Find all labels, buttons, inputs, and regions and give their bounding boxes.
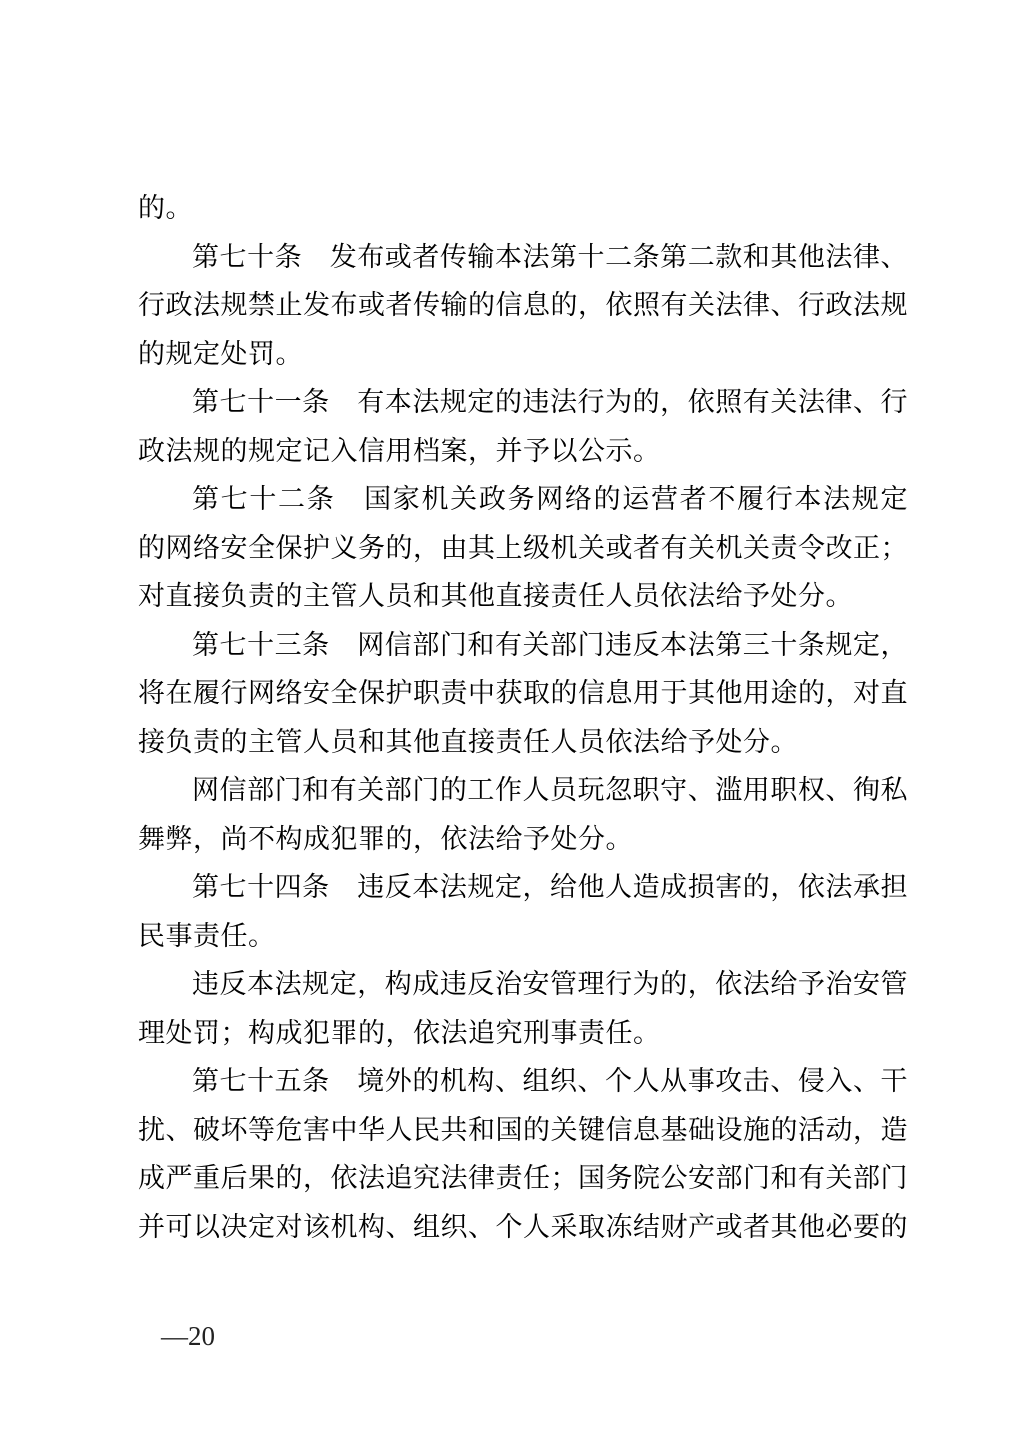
text-line: 政法规的规定记入信用档案，并予以公示。 bbox=[138, 427, 908, 476]
text-line: 行政法规禁止发布或者传输的信息的，依照有关法律、行政法规 bbox=[138, 281, 908, 330]
text-line: 成严重后果的，依法追究法律责任；国务院公安部门和有关部门 bbox=[138, 1154, 908, 1203]
text-line: 扰、破坏等危害中华人民共和国的关键信息基础设施的活动，造 bbox=[138, 1106, 908, 1155]
text-line: 接负责的主管人员和其他直接责任人员依法给予处分。 bbox=[138, 718, 908, 767]
document-lines: 的。第七十条 发布或者传输本法第十二条第二款和其他法律、行政法规禁止发布或者传输… bbox=[138, 184, 908, 1251]
text-line: 违反本法规定，构成违反治安管理行为的，依法给予治安管 bbox=[138, 960, 908, 1009]
text-line: 第七十五条 境外的机构、组织、个人从事攻击、侵入、干 bbox=[138, 1057, 908, 1106]
text-line: 第七十三条 网信部门和有关部门违反本法第三十条规定， bbox=[138, 621, 908, 670]
text-line: 舞弊，尚不构成犯罪的，依法给予处分。 bbox=[138, 815, 908, 864]
text-line: 的网络安全保护义务的，由其上级机关或者有关机关责令改正； bbox=[138, 524, 908, 573]
text-line: 第七十条 发布或者传输本法第十二条第二款和其他法律、 bbox=[138, 233, 908, 282]
text-line: 第七十一条 有本法规定的违法行为的，依照有关法律、行 bbox=[138, 378, 908, 427]
text-line: 对直接负责的主管人员和其他直接责任人员依法给予处分。 bbox=[138, 572, 908, 621]
page-number: —20 bbox=[161, 1320, 215, 1352]
text-line: 网信部门和有关部门的工作人员玩忽职守、滥用职权、徇私 bbox=[138, 766, 908, 815]
text-line: 第七十四条 违反本法规定，给他人造成损害的，依法承担 bbox=[138, 863, 908, 912]
text-line: 并可以决定对该机构、组织、个人采取冻结财产或者其他必要的 bbox=[138, 1203, 908, 1252]
text-line: 的规定处罚。 bbox=[138, 330, 908, 379]
text-line: 民事责任。 bbox=[138, 912, 908, 961]
text-line: 理处罚；构成犯罪的，依法追究刑事责任。 bbox=[138, 1009, 908, 1058]
text-line: 将在履行网络安全保护职责中获取的信息用于其他用途的，对直 bbox=[138, 669, 908, 718]
document-page: 的。第七十条 发布或者传输本法第十二条第二款和其他法律、行政法规禁止发布或者传输… bbox=[0, 0, 1024, 1450]
text-line: 第七十二条 国家机关政务网络的运营者不履行本法规定 bbox=[138, 475, 908, 524]
text-line: 的。 bbox=[138, 184, 908, 233]
